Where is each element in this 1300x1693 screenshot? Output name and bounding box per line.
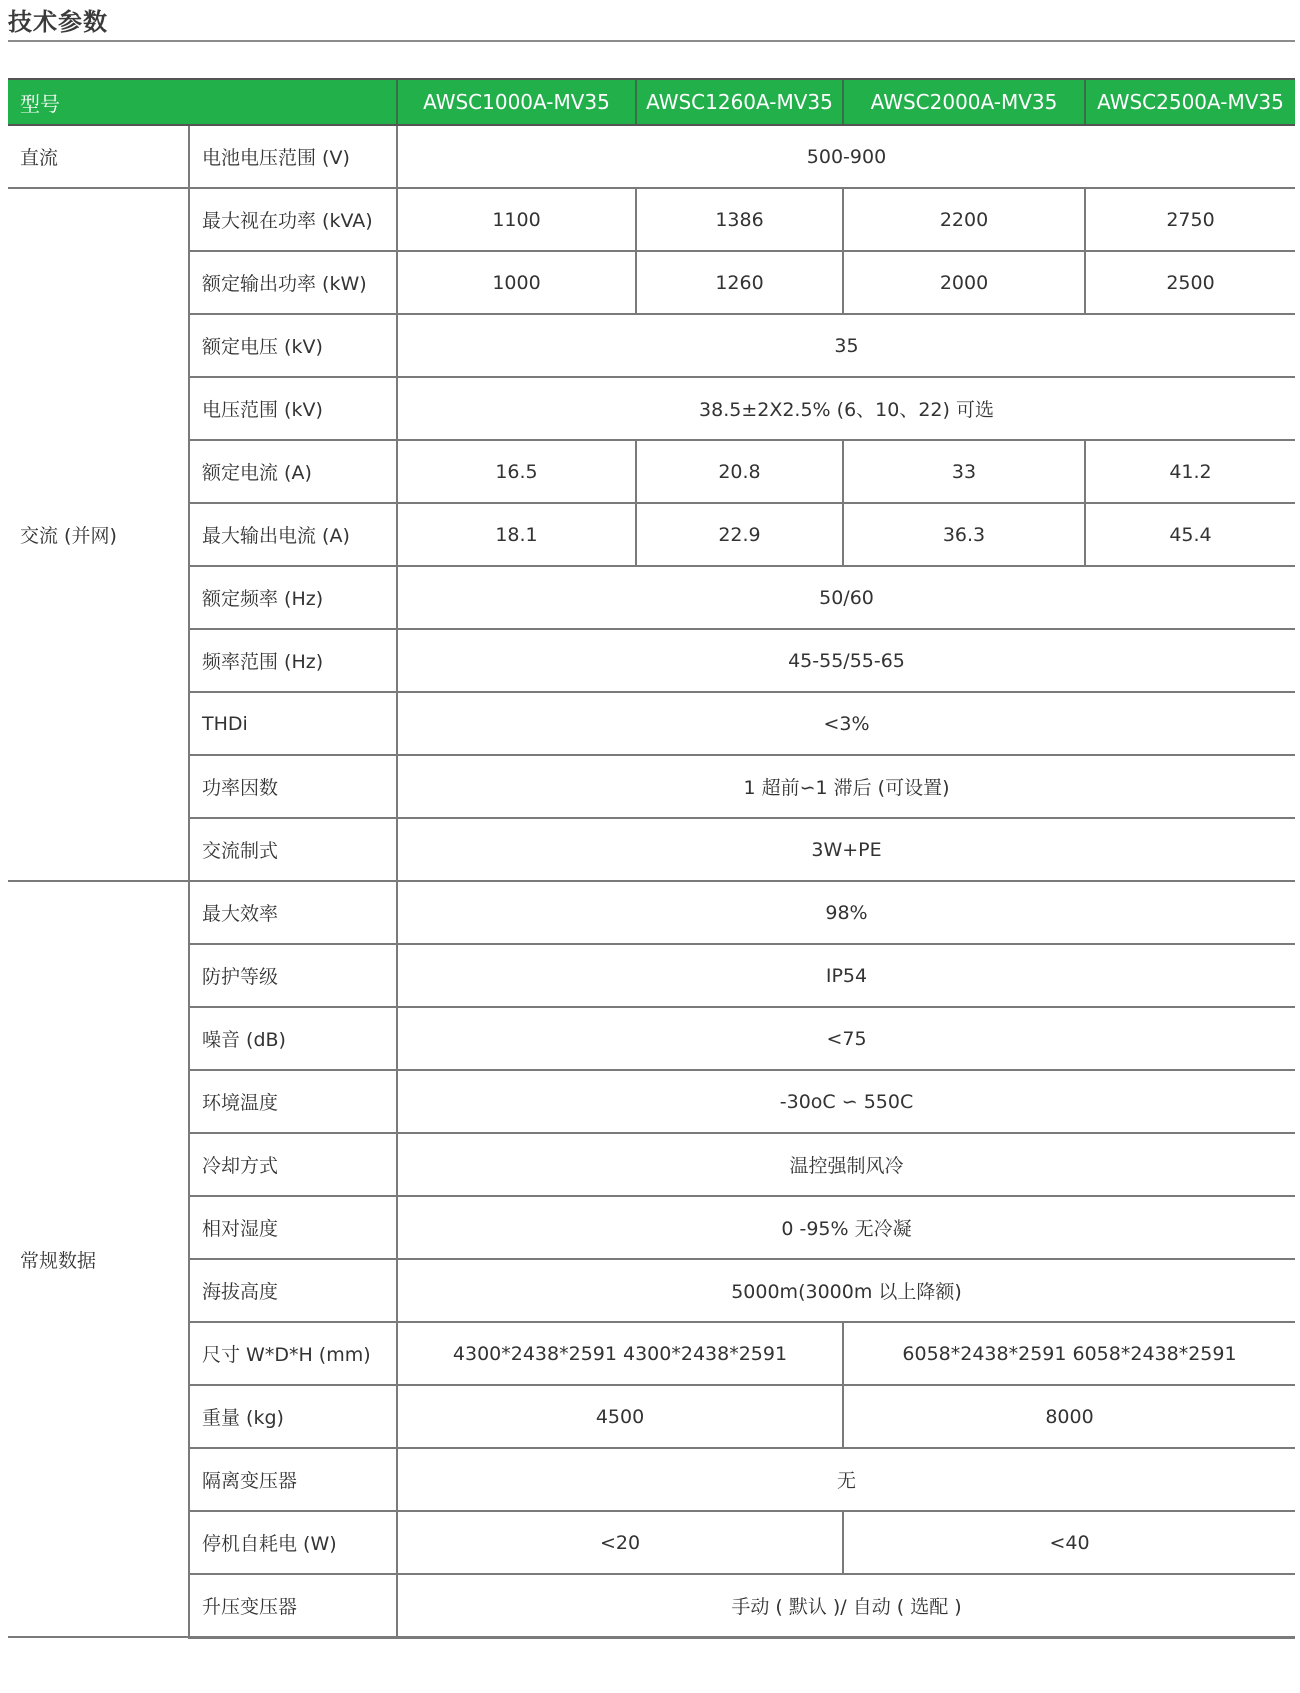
table-row: 噪音 (dB) <75 — [8, 1007, 1295, 1070]
table-row: 隔离变压器 无 — [8, 1448, 1295, 1511]
param-value: 1260 — [636, 251, 843, 314]
param-value: 5000m(3000m 以上降额) — [397, 1259, 1295, 1322]
param-value: 2750 — [1085, 188, 1295, 251]
param-value: <40 — [843, 1511, 1295, 1574]
param-value: 2500 — [1085, 251, 1295, 314]
param-label: 额定电流 (A) — [189, 440, 397, 503]
param-value: -30oC ∽ 550C — [397, 1070, 1295, 1133]
param-value: 35 — [397, 314, 1295, 377]
param-value: 20.8 — [636, 440, 843, 503]
table-row: 冷却方式 温控强制风冷 — [8, 1133, 1295, 1196]
page-title: 技术参数 — [8, 2, 108, 37]
spec-table: 型号 AWSC1000A-MV35 AWSC1260A-MV35 AWSC200… — [8, 78, 1295, 1639]
header-row: 型号 AWSC1000A-MV35 AWSC1260A-MV35 AWSC200… — [8, 79, 1295, 125]
param-label: 尺寸 W*D*H (mm) — [189, 1322, 397, 1385]
table-row: 尺寸 W*D*H (mm) 4300*2438*2591 4300*2438*2… — [8, 1322, 1295, 1385]
param-label: 额定频率 (Hz) — [189, 566, 397, 629]
param-label: 防护等级 — [189, 944, 397, 1007]
param-value: <3% — [397, 692, 1295, 755]
param-value: 1100 — [397, 188, 636, 251]
param-value: 8000 — [843, 1385, 1295, 1448]
param-label: THDi — [189, 692, 397, 755]
param-label: 升压变压器 — [189, 1574, 397, 1637]
param-value: <20 — [397, 1511, 843, 1574]
table-row: 最大输出电流 (A) 18.1 22.9 36.3 45.4 — [8, 503, 1295, 566]
param-label: 停机自耗电 (W) — [189, 1511, 397, 1574]
param-value: 手动 ( 默认 )/ 自动 ( 选配 ) — [397, 1574, 1295, 1637]
model-header: AWSC1260A-MV35 — [636, 79, 843, 125]
param-value: 4300*2438*2591 4300*2438*2591 — [397, 1322, 843, 1385]
param-value: 温控强制风冷 — [397, 1133, 1295, 1196]
table-row: 额定电压 (kV) 35 — [8, 314, 1295, 377]
param-label: 相对湿度 — [189, 1196, 397, 1259]
param-value: 38.5±2X2.5% (6、10、22) 可选 — [397, 377, 1295, 440]
param-label: 额定输出功率 (kW) — [189, 251, 397, 314]
param-value: 45-55/55-65 — [397, 629, 1295, 692]
param-value: 6058*2438*2591 6058*2438*2591 — [843, 1322, 1295, 1385]
table-row: 直流 电池电压范围 (V) 500-900 — [8, 125, 1295, 188]
model-header: AWSC2000A-MV35 — [843, 79, 1085, 125]
group-label-general: 常规数据 — [8, 881, 189, 1637]
param-label: 海拔高度 — [189, 1259, 397, 1322]
group-label-dc: 直流 — [8, 125, 189, 188]
param-label: 频率范围 (Hz) — [189, 629, 397, 692]
table-row: 防护等级 IP54 — [8, 944, 1295, 1007]
table-row: 额定电流 (A) 16.5 20.8 33 41.2 — [8, 440, 1295, 503]
table-row: 环境温度 -30oC ∽ 550C — [8, 1070, 1295, 1133]
param-label: 最大视在功率 (kVA) — [189, 188, 397, 251]
param-value: 500-900 — [397, 125, 1295, 188]
table-row: THDi <3% — [8, 692, 1295, 755]
param-value: 18.1 — [397, 503, 636, 566]
param-value: 45.4 — [1085, 503, 1295, 566]
param-label: 环境温度 — [189, 1070, 397, 1133]
param-value: 50/60 — [397, 566, 1295, 629]
table-row: 交流 (并网) 最大视在功率 (kVA) 1100 1386 2200 2750 — [8, 188, 1295, 251]
model-label: 型号 — [8, 79, 397, 125]
group-label-ac: 交流 (并网) — [8, 188, 189, 881]
param-value: 33 — [843, 440, 1085, 503]
param-value: 4500 — [397, 1385, 843, 1448]
param-label: 冷却方式 — [189, 1133, 397, 1196]
param-value: 1386 — [636, 188, 843, 251]
model-header: AWSC2500A-MV35 — [1085, 79, 1295, 125]
param-value: 36.3 — [843, 503, 1085, 566]
param-value: IP54 — [397, 944, 1295, 1007]
param-value: 1000 — [397, 251, 636, 314]
model-header: AWSC1000A-MV35 — [397, 79, 636, 125]
table-row: 升压变压器 手动 ( 默认 )/ 自动 ( 选配 ) — [8, 1574, 1295, 1637]
param-label: 最大输出电流 (A) — [189, 503, 397, 566]
param-value: 2000 — [843, 251, 1085, 314]
table-row: 电压范围 (kV) 38.5±2X2.5% (6、10、22) 可选 — [8, 377, 1295, 440]
param-label: 交流制式 — [189, 818, 397, 881]
param-label: 重量 (kg) — [189, 1385, 397, 1448]
param-label: 额定电压 (kV) — [189, 314, 397, 377]
table-row: 交流制式 3W+PE — [8, 818, 1295, 881]
table-row: 频率范围 (Hz) 45-55/55-65 — [8, 629, 1295, 692]
table-row: 功率因数 1 超前∽1 滞后 (可设置) — [8, 755, 1295, 818]
param-label: 噪音 (dB) — [189, 1007, 397, 1070]
param-value: 16.5 — [397, 440, 636, 503]
param-value: 3W+PE — [397, 818, 1295, 881]
param-value: 22.9 — [636, 503, 843, 566]
param-label: 电池电压范围 (V) — [189, 125, 397, 188]
param-value: <75 — [397, 1007, 1295, 1070]
param-label: 电压范围 (kV) — [189, 377, 397, 440]
table-row: 重量 (kg) 4500 8000 — [8, 1385, 1295, 1448]
param-label: 最大效率 — [189, 881, 397, 944]
table-row: 额定输出功率 (kW) 1000 1260 2000 2500 — [8, 251, 1295, 314]
param-label: 隔离变压器 — [189, 1448, 397, 1511]
param-value: 无 — [397, 1448, 1295, 1511]
param-value: 0 -95% 无冷凝 — [397, 1196, 1295, 1259]
param-value: 41.2 — [1085, 440, 1295, 503]
title-divider — [8, 40, 1295, 42]
param-value: 98% — [397, 881, 1295, 944]
table-row: 停机自耗电 (W) <20 <40 — [8, 1511, 1295, 1574]
table-row: 海拔高度 5000m(3000m 以上降额) — [8, 1259, 1295, 1322]
table-row: 额定频率 (Hz) 50/60 — [8, 566, 1295, 629]
param-value: 2200 — [843, 188, 1085, 251]
table-row: 相对湿度 0 -95% 无冷凝 — [8, 1196, 1295, 1259]
param-value: 1 超前∽1 滞后 (可设置) — [397, 755, 1295, 818]
param-label: 功率因数 — [189, 755, 397, 818]
table-row: 常规数据 最大效率 98% — [8, 881, 1295, 944]
